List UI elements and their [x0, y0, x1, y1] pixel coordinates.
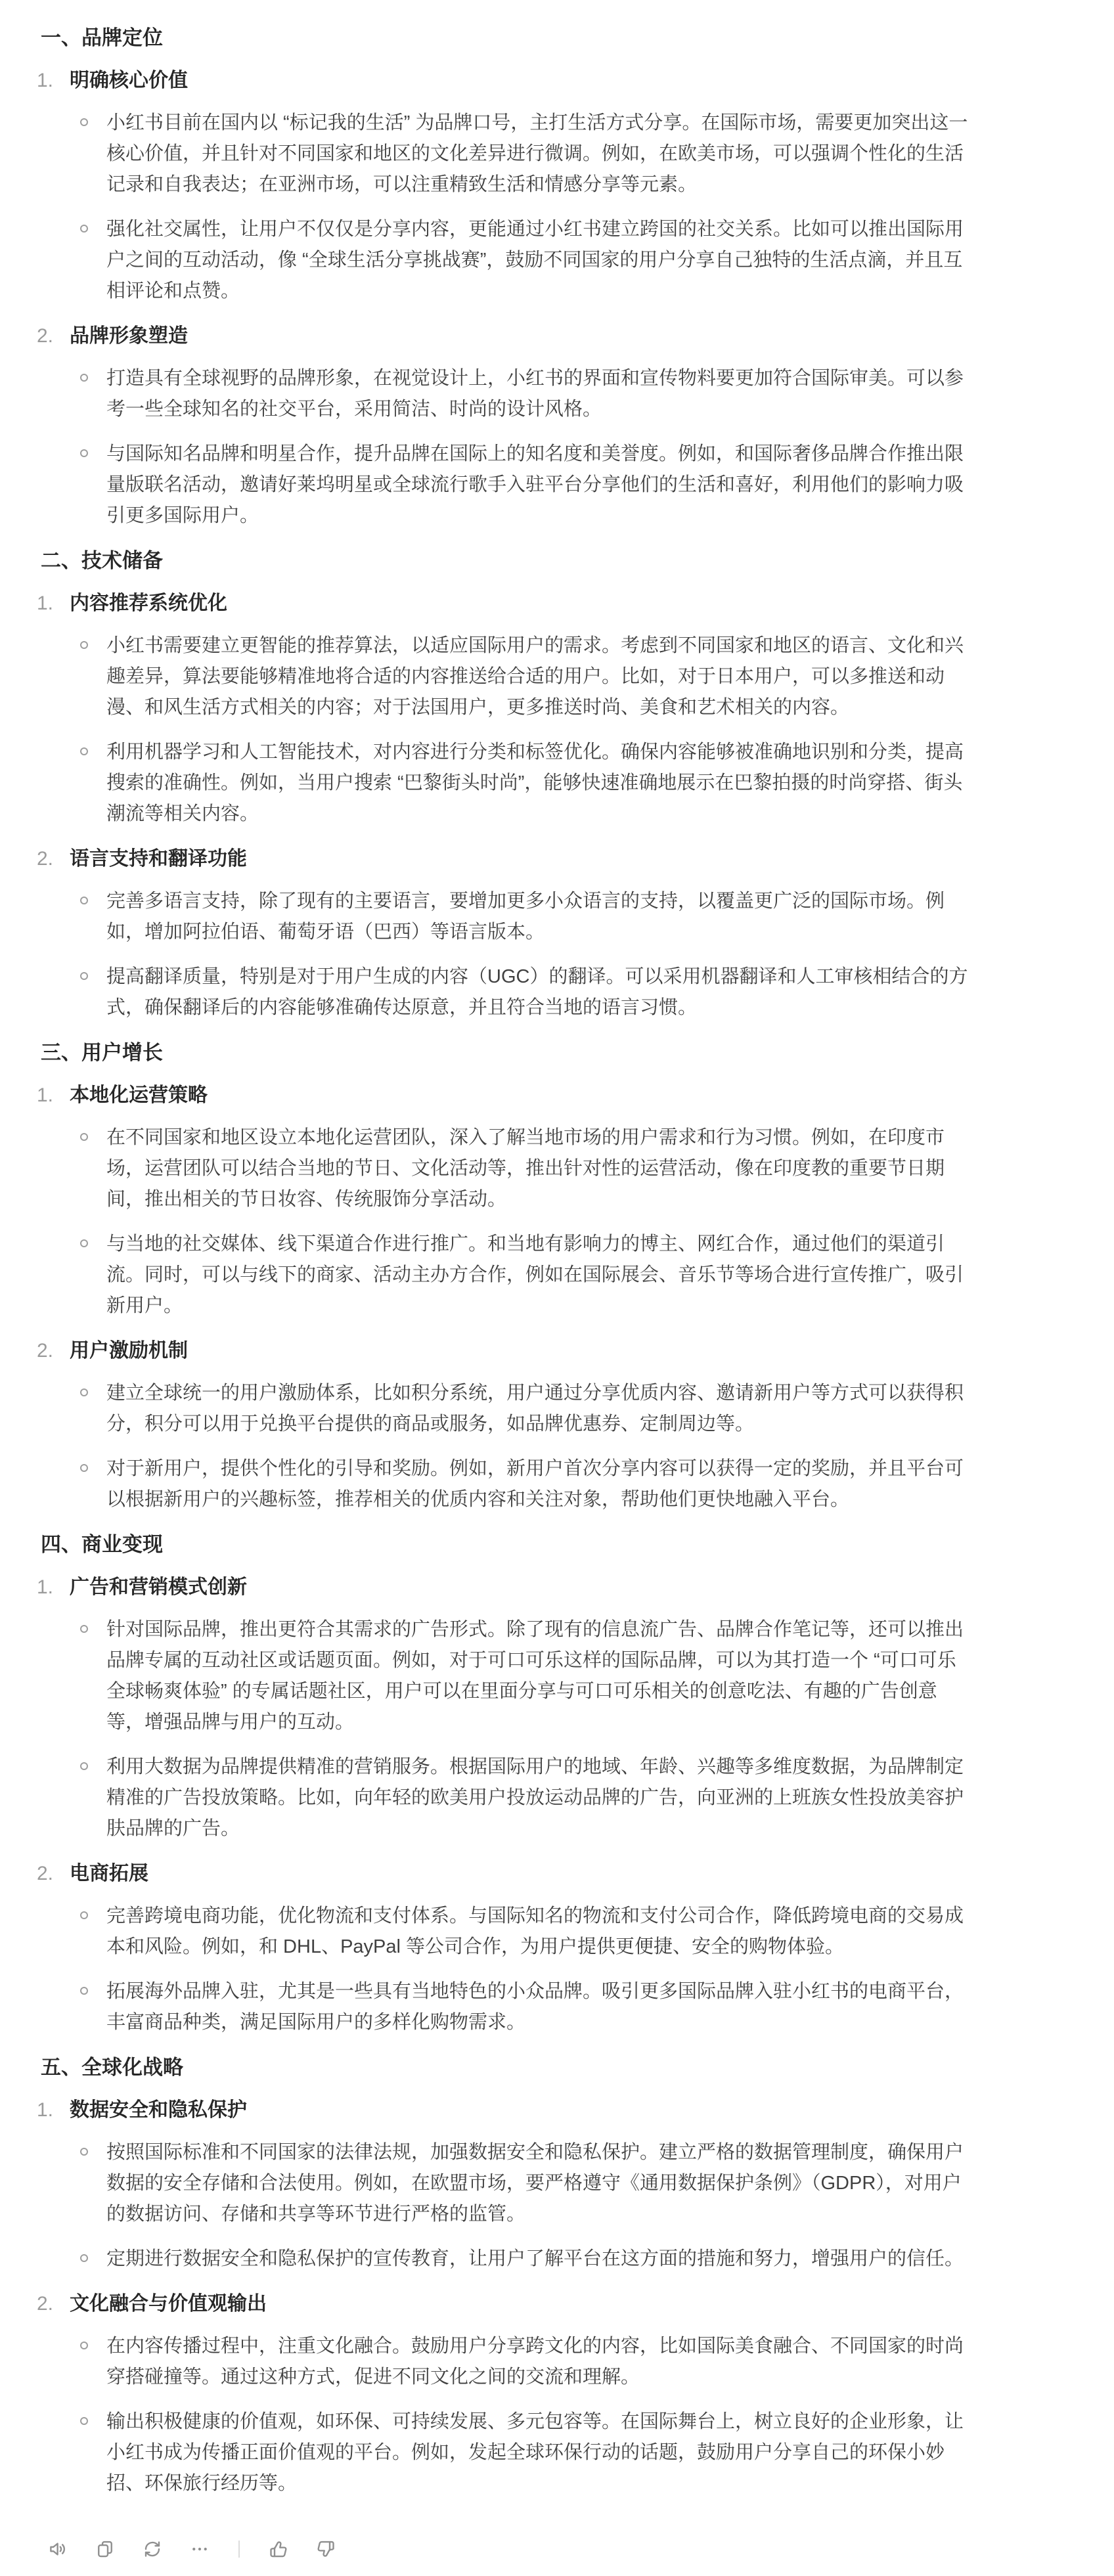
document-section: 四、商业变现 1. 广告和营销模式创新 针对国际品牌，推出更符合其需求的广告形式…: [41, 1529, 968, 2038]
item-heading: 2. 用户激励机制: [37, 1335, 968, 1366]
thumbs-down-icon: [316, 2539, 336, 2559]
bullet-paragraph: 对于新用户，提供个性化的引导和奖励。例如，新用户首次分享内容可以获得一定的奖励，…: [41, 1454, 968, 1515]
item-title: 内容推荐系统优化: [70, 588, 227, 619]
item-bullets: 按照国际标准和不同国家的法律法规，加强数据安全和隐私保护。建立严格的数据管理制度…: [41, 2137, 968, 2275]
bullet-paragraph: 拓展海外品牌入驻，尤其是一些具有当地特色的小众品牌。吸引更多国际品牌入驻小红书的…: [41, 1976, 968, 2038]
bullet-paragraph: 打造具有全球视野的品牌形象，在视觉设计上，小红书的界面和宣传物料要更加符合国际审…: [41, 363, 968, 425]
bullet-text: 针对国际品牌，推出更符合其需求的广告形式。除了现有的信息流广告、品牌合作笔记等，…: [106, 1619, 964, 1733]
bullet-circle-icon: [80, 2342, 88, 2349]
section-items: 1. 数据安全和隐私保护 按照国际标准和不同国家的法律法规，加强数据安全和隐私保…: [41, 2095, 968, 2499]
numbered-item: 1. 本地化运营策略 在不同国家和地区设立本地化运营团队，深入了解当地市场的用户…: [41, 1080, 968, 1321]
bullet-paragraph: 针对国际品牌，推出更符合其需求的广告形式。除了现有的信息流广告、品牌合作笔记等，…: [41, 1614, 968, 1738]
item-heading: 1. 内容推荐系统优化: [37, 588, 968, 619]
section-items: 1. 广告和营销模式创新 针对国际品牌，推出更符合其需求的广告形式。除了现有的信…: [41, 1572, 968, 2038]
bullet-paragraph: 建立全球统一的用户激励体系，比如积分系统，用户通过分享优质内容、邀请新用户等方式…: [41, 1378, 968, 1440]
bullet-circle-icon: [80, 1239, 88, 1247]
regenerate-button[interactable]: [143, 2539, 162, 2559]
bullet-circle-icon: [80, 972, 88, 980]
bullet-paragraph: 小红书目前在国内以 “标记我的生活” 为品牌口号，主打生活方式分享。在国际市场，…: [41, 108, 968, 200]
item-heading: 2. 电商拓展: [37, 1858, 968, 1889]
bullet-paragraph: 完善跨境电商功能，优化物流和支付体系。与国际知名的物流和支付公司合作，降低跨境电…: [41, 1901, 968, 1963]
item-number: 2.: [37, 2288, 70, 2319]
item-heading: 1. 明确核心价值: [37, 65, 968, 96]
bullet-circle-icon: [80, 2417, 88, 2425]
document-section: 二、技术储备 1. 内容推荐系统优化 小红书需要建立更智能的推荐算法，以适应国际…: [41, 545, 968, 1023]
bullet-circle-icon: [80, 1987, 88, 1995]
bullet-paragraph: 与国际知名品牌和明星合作，提升品牌在国际上的知名度和美誉度。例如，和国际奢侈品牌…: [41, 439, 968, 531]
thumbs-down-button[interactable]: [316, 2539, 336, 2559]
numbered-item: 1. 明确核心价值 小红书目前在国内以 “标记我的生活” 为品牌口号，主打生活方…: [41, 65, 968, 307]
document-section: 五、全球化战略 1. 数据安全和隐私保护 按照国际标准和不同国家的法律法规，加强…: [41, 2052, 968, 2499]
item-bullets: 小红书需要建立更智能的推荐算法，以适应国际用户的需求。考虑到不同国家和地区的语言…: [41, 631, 968, 830]
regenerate-icon: [143, 2539, 162, 2559]
item-title: 明确核心价值: [70, 65, 188, 96]
bullet-circle-icon: [80, 118, 88, 126]
item-heading: 1. 广告和营销模式创新: [37, 1572, 968, 1603]
bullet-paragraph: 提高翻译质量，特别是对于用户生成的内容（UGC）的翻译。可以采用机器翻译和人工审…: [41, 962, 968, 1023]
copy-icon: [95, 2539, 115, 2559]
bullet-circle-icon: [80, 1762, 88, 1770]
item-number: 1.: [37, 1572, 70, 1603]
bullet-circle-icon: [80, 1625, 88, 1633]
item-bullets: 打造具有全球视野的品牌形象，在视觉设计上，小红书的界面和宣传物料要更加符合国际审…: [41, 363, 968, 531]
section-title: 二、技术储备: [41, 545, 968, 576]
document-section: 一、品牌定位 1. 明确核心价值 小红书目前在国内以 “标记我的生活” 为品牌口…: [41, 22, 968, 531]
thumbs-up-button[interactable]: [269, 2539, 288, 2559]
item-bullets: 完善多语言支持，除了现有的主要语言，要增加更多小众语言的支持，以覆盖更广泛的国际…: [41, 886, 968, 1023]
bullet-text: 与当地的社交媒体、线下渠道合作进行推广。和当地有影响力的博主、网红合作，通过他们…: [106, 1233, 964, 1316]
item-number: 1.: [37, 588, 70, 619]
bullet-text: 与国际知名品牌和明星合作，提升品牌在国际上的知名度和美誉度。例如，和国际奢侈品牌…: [106, 443, 964, 526]
item-number: 2.: [37, 1858, 70, 1889]
bullet-text: 完善多语言支持，除了现有的主要语言，要增加更多小众语言的支持，以覆盖更广泛的国际…: [106, 891, 945, 943]
item-title: 用户激励机制: [70, 1335, 188, 1366]
item-title: 数据安全和隐私保护: [70, 2095, 247, 2125]
section-title: 四、商业变现: [41, 1529, 968, 1560]
item-title: 广告和营销模式创新: [70, 1572, 247, 1603]
item-bullets: 针对国际品牌，推出更符合其需求的广告形式。除了现有的信息流广告、品牌合作笔记等，…: [41, 1614, 968, 1844]
item-title: 本地化运营策略: [70, 1080, 208, 1111]
numbered-item: 2. 文化融合与价值观输出 在内容传播过程中，注重文化融合。鼓励用户分享跨文化的…: [41, 2288, 968, 2499]
bullet-circle-icon: [80, 449, 88, 457]
section-items: 1. 明确核心价值 小红书目前在国内以 “标记我的生活” 为品牌口号，主打生活方…: [41, 65, 968, 531]
item-number: 2.: [37, 321, 70, 351]
bullet-text: 输出积极健康的价值观，如环保、可持续发展、多元包容等。在国际舞台上，树立良好的企…: [106, 2411, 964, 2494]
bullet-text: 小红书目前在国内以 “标记我的生活” 为品牌口号，主打生活方式分享。在国际市场，…: [106, 112, 968, 195]
bullet-circle-icon: [80, 897, 88, 904]
numbered-item: 1. 数据安全和隐私保护 按照国际标准和不同国家的法律法规，加强数据安全和隐私保…: [41, 2095, 968, 2275]
item-number: 2.: [37, 1335, 70, 1366]
bullet-circle-icon: [80, 1464, 88, 1472]
section-title: 一、品牌定位: [41, 22, 968, 53]
numbered-item: 2. 语言支持和翻译功能 完善多语言支持，除了现有的主要语言，要增加更多小众语言…: [41, 843, 968, 1023]
bullet-circle-icon: [80, 2254, 88, 2262]
toolbar-divider: [238, 2541, 240, 2558]
item-title: 语言支持和翻译功能: [70, 843, 247, 874]
numbered-item: 1. 广告和营销模式创新 针对国际品牌，推出更符合其需求的广告形式。除了现有的信…: [41, 1572, 968, 1844]
numbered-item: 2. 用户激励机制 建立全球统一的用户激励体系，比如积分系统，用户通过分享优质内…: [41, 1335, 968, 1515]
item-title: 文化融合与价值观输出: [70, 2288, 267, 2319]
bullet-text: 对于新用户，提供个性化的引导和奖励。例如，新用户首次分享内容可以获得一定的奖励，…: [106, 1458, 964, 1510]
item-number: 1.: [37, 1080, 70, 1111]
bullet-circle-icon: [80, 1388, 88, 1396]
bullet-text: 利用机器学习和人工智能技术，对内容进行分类和标签优化。确保内容能够被准确地识别和…: [106, 742, 964, 824]
section-title: 三、用户增长: [41, 1037, 968, 1068]
bullet-text: 强化社交属性，让用户不仅仅是分享内容，更能通过小红书建立跨国的社交关系。比如可以…: [106, 219, 964, 301]
bullet-circle-icon: [80, 747, 88, 755]
bullet-paragraph: 在内容传播过程中，注重文化融合。鼓励用户分享跨文化的内容，比如国际美食融合、不同…: [41, 2331, 968, 2393]
section-items: 1. 本地化运营策略 在不同国家和地区设立本地化运营团队，深入了解当地市场的用户…: [41, 1080, 968, 1515]
numbered-item: 2. 品牌形象塑造 打造具有全球视野的品牌形象，在视觉设计上，小红书的界面和宣传…: [41, 321, 968, 531]
bullet-text: 打造具有全球视野的品牌形象，在视觉设计上，小红书的界面和宣传物料要更加符合国际审…: [106, 368, 964, 420]
item-bullets: 小红书目前在国内以 “标记我的生活” 为品牌口号，主打生活方式分享。在国际市场，…: [41, 108, 968, 307]
bullet-paragraph: 在不同国家和地区设立本地化运营团队，深入了解当地市场的用户需求和行为习惯。例如，…: [41, 1122, 968, 1215]
numbered-item: 2. 电商拓展 完善跨境电商功能，优化物流和支付体系。与国际知名的物流和支付公司…: [41, 1858, 968, 2038]
item-bullets: 完善跨境电商功能，优化物流和支付体系。与国际知名的物流和支付公司合作，降低跨境电…: [41, 1901, 968, 2038]
bullet-paragraph: 按照国际标准和不同国家的法律法规，加强数据安全和隐私保护。建立严格的数据管理制度…: [41, 2137, 968, 2230]
bullet-paragraph: 小红书需要建立更智能的推荐算法，以适应国际用户的需求。考虑到不同国家和地区的语言…: [41, 631, 968, 723]
bullet-circle-icon: [80, 374, 88, 382]
document-section: 三、用户增长 1. 本地化运营策略 在不同国家和地区设立本地化运营团队，深入了解…: [41, 1037, 968, 1515]
bullet-paragraph: 与当地的社交媒体、线下渠道合作进行推广。和当地有影响力的博主、网红合作，通过他们…: [41, 1229, 968, 1321]
more-icon: [190, 2539, 210, 2559]
bullet-text: 在不同国家和地区设立本地化运营团队，深入了解当地市场的用户需求和行为习惯。例如，…: [106, 1127, 945, 1210]
bullet-text: 提高翻译质量，特别是对于用户生成的内容（UGC）的翻译。可以采用机器翻译和人工审…: [106, 966, 968, 1018]
item-bullets: 在不同国家和地区设立本地化运营团队，深入了解当地市场的用户需求和行为习惯。例如，…: [41, 1122, 968, 1321]
bullet-circle-icon: [80, 1133, 88, 1141]
item-bullets: 在内容传播过程中，注重文化融合。鼓励用户分享跨文化的内容，比如国际美食融合、不同…: [41, 2331, 968, 2499]
item-bullets: 建立全球统一的用户激励体系，比如积分系统，用户通过分享优质内容、邀请新用户等方式…: [41, 1378, 968, 1515]
bullet-text: 定期进行数据安全和隐私保护的宣传教育，让用户了解平台在这方面的措施和努力，增强用…: [106, 2248, 964, 2269]
bullet-text: 利用大数据为品牌提供精准的营销服务。根据国际用户的地域、年龄、兴趣等多维度数据，…: [106, 1756, 964, 1839]
read-aloud-button[interactable]: [48, 2539, 68, 2559]
item-heading: 1. 数据安全和隐私保护: [37, 2095, 968, 2125]
read-aloud-icon: [48, 2539, 68, 2559]
item-number: 1.: [37, 2095, 70, 2125]
response-toolbar: [0, 2513, 1114, 2576]
bullet-paragraph: 定期进行数据安全和隐私保护的宣传教育，让用户了解平台在这方面的措施和努力，增强用…: [41, 2244, 968, 2275]
bullet-text: 建立全球统一的用户激励体系，比如积分系统，用户通过分享优质内容、邀请新用户等方式…: [106, 1383, 964, 1434]
bullet-paragraph: 输出积极健康的价值观，如环保、可持续发展、多元包容等。在国际舞台上，树立良好的企…: [41, 2407, 968, 2499]
thumbs-up-icon: [269, 2539, 288, 2559]
bullet-paragraph: 利用大数据为品牌提供精准的营销服务。根据国际用户的地域、年龄、兴趣等多维度数据，…: [41, 1752, 968, 1844]
section-items: 1. 内容推荐系统优化 小红书需要建立更智能的推荐算法，以适应国际用户的需求。考…: [41, 588, 968, 1023]
bullet-text: 拓展海外品牌入驻，尤其是一些具有当地特色的小众品牌。吸引更多国际品牌入驻小红书的…: [106, 1981, 964, 2033]
bullet-circle-icon: [80, 2148, 88, 2156]
numbered-item: 1. 内容推荐系统优化 小红书需要建立更智能的推荐算法，以适应国际用户的需求。考…: [41, 588, 968, 830]
item-heading: 1. 本地化运营策略: [37, 1080, 968, 1111]
bullet-circle-icon: [80, 641, 88, 649]
copy-button[interactable]: [95, 2539, 115, 2559]
assistant-response: 一、品牌定位 1. 明确核心价值 小红书目前在国内以 “标记我的生活” 为品牌口…: [0, 0, 1114, 2576]
section-title: 五、全球化战略: [41, 2052, 968, 2083]
bullet-circle-icon: [80, 225, 88, 233]
bullet-paragraph: 强化社交属性，让用户不仅仅是分享内容，更能通过小红书建立跨国的社交关系。比如可以…: [41, 214, 968, 307]
bullet-paragraph: 完善多语言支持，除了现有的主要语言，要增加更多小众语言的支持，以覆盖更广泛的国际…: [41, 886, 968, 948]
bullet-text: 完善跨境电商功能，优化物流和支付体系。与国际知名的物流和支付公司合作，降低跨境电…: [106, 1905, 964, 1957]
item-heading: 2. 语言支持和翻译功能: [37, 843, 968, 874]
bullet-text: 小红书需要建立更智能的推荐算法，以适应国际用户的需求。考虑到不同国家和地区的语言…: [106, 635, 964, 718]
item-number: 1.: [37, 65, 70, 96]
item-number: 2.: [37, 843, 70, 874]
bullet-paragraph: 利用机器学习和人工智能技术，对内容进行分类和标签优化。确保内容能够被准确地识别和…: [41, 737, 968, 830]
item-heading: 2. 品牌形象塑造: [37, 321, 968, 351]
item-title: 品牌形象塑造: [70, 321, 188, 351]
item-title: 电商拓展: [70, 1858, 148, 1889]
bullet-text: 在内容传播过程中，注重文化融合。鼓励用户分享跨文化的内容，比如国际美食融合、不同…: [106, 2336, 964, 2387]
bullet-text: 按照国际标准和不同国家的法律法规，加强数据安全和隐私保护。建立严格的数据管理制度…: [106, 2142, 964, 2225]
bullet-circle-icon: [80, 1911, 88, 1919]
more-button[interactable]: [190, 2539, 210, 2559]
document-body: 一、品牌定位 1. 明确核心价值 小红书目前在国内以 “标记我的生活” 为品牌口…: [0, 0, 1114, 2499]
item-heading: 2. 文化融合与价值观输出: [37, 2288, 968, 2319]
